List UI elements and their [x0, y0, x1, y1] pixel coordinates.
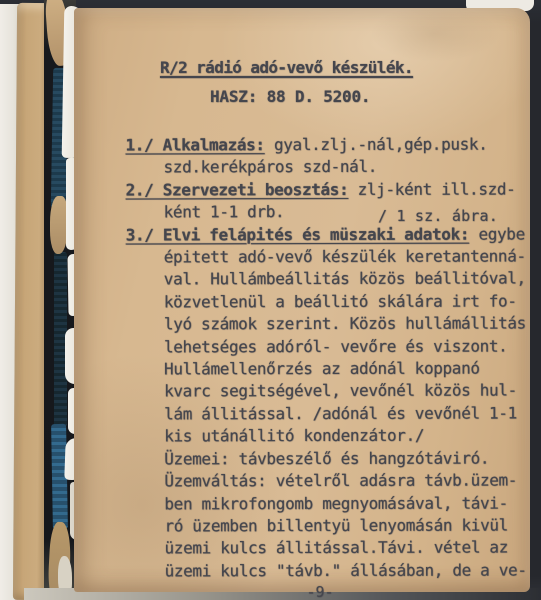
body-line: üzemi kulcs állitással.Távi. vétel az: [126, 537, 524, 560]
text-segment: ró üzemben billentyü lenyomásán kivül: [164, 515, 508, 535]
text-segment: zlj-ként ill.szd-: [348, 179, 515, 198]
body-line: val. Hullámbeállitás közös beállitóval,: [126, 268, 524, 291]
book-photo: R/2 rádió adó-vevő készülék. HASZ: 88 D.…: [0, 0, 541, 600]
body-line: 1./ Alkalmazás: gyal.zlj.-nál,gép.pusk.: [125, 133, 523, 156]
body-line: ró üzemben billentyü lenyomásán kivül: [126, 514, 524, 537]
body-line: ként 1-1 drb.: [126, 201, 524, 224]
text-segment: lám állitással. /adónál és vevőnél 1-1: [164, 403, 517, 423]
text-segment: Hullámellenőrzés az adónál koppanó: [164, 359, 480, 379]
page-subtitle: HASZ: 88 D. 5200.: [210, 87, 370, 106]
body-line: 3./ Elvi felápités és müszaki adatok: eg…: [126, 223, 524, 246]
body-line: épitett adó-vevő készülék keretantenná-: [126, 246, 524, 269]
body-line: közvetlenül a beállitó skálára irt fo-: [126, 290, 524, 313]
text-segment: kis utánállitó kondenzátor./: [164, 426, 424, 446]
body-line: Üzemei: távbeszélő és hangzótáviró.: [126, 447, 524, 470]
page-title: R/2 rádió adó-vevő készülék.: [160, 58, 413, 77]
text-segment: egybe: [469, 224, 525, 243]
text-segment: közvetlenül a beállitó skálára irt fo-: [164, 291, 517, 311]
body-line: ben mikrofongomb megnyomásával, távi-: [126, 492, 524, 515]
underlined-text-segment: 3./ Elvi felápités és müszaki adatok:: [126, 224, 470, 244]
body-line: lám állitással. /adónál és vevőnél 1-1: [126, 402, 524, 425]
body-line: üzemi kulcs "távb." állásában, de a ve-: [127, 559, 525, 582]
text-segment: üzemi kulcs "távb." állásában, de a ve-: [165, 560, 527, 580]
text-segment: ként 1-1 drb.: [164, 202, 285, 221]
text-segment: ben mikrofongomb megnyomásával, távi-: [164, 493, 508, 513]
text-segment: épitett adó-vevő készülék keretantenná-: [164, 247, 526, 267]
body-text: 1./ Alkalmazás: gyal.zlj.-nál,gép.pusk.s…: [125, 133, 524, 582]
body-line: lehetséges adóról- vevőre és viszont.: [126, 335, 524, 358]
text-segment: Üzemváltás: vételről adásra távb.üzem-: [164, 471, 517, 491]
text-segment: lehetséges adóról- vevőre és viszont.: [164, 336, 508, 356]
underlined-text-segment: 1./ Alkalmazás:: [125, 135, 264, 154]
underlined-text-segment: 2./ Szervezeti beosztás:: [126, 180, 349, 200]
document-page: R/2 rádió adó-vevő készülék. HASZ: 88 D.…: [74, 8, 530, 592]
text-segment: Üzemei: távbeszélő és hangzótáviró.: [164, 448, 489, 468]
body-line: Hullámellenőrzés az adónál koppanó: [126, 358, 524, 381]
body-line: Üzemváltás: vételről adásra távb.üzem-: [126, 470, 524, 493]
text-segment: val. Hullámbeállitás közös beállitóval,: [164, 269, 526, 289]
body-line: lyó számok szerint. Közös hullámállitás: [126, 313, 524, 336]
text-segment: üzemi kulcs állitással.Távi. vétel az: [164, 538, 508, 558]
text-segment: kvarc segitségével, vevőnél közös hul-: [164, 381, 517, 401]
body-line: 2./ Szervezeti beosztás: zlj-ként ill.sz…: [126, 178, 524, 201]
paper-smudge: [370, 10, 500, 62]
body-line: kvarc segitségével, vevőnél közös hul-: [126, 380, 524, 403]
body-line: szd.kerékpáros szd-nál.: [125, 156, 523, 179]
text-segment: gyal.zlj.-nál,gép.pusk.: [265, 135, 488, 155]
page-number: -9-: [126, 583, 514, 600]
text-segment: szd.kerékpáros szd-nál.: [163, 157, 377, 177]
body-line: kis utánállitó kondenzátor./: [126, 425, 524, 448]
text-segment: lyó számok szerint. Közös hullámállitás: [164, 314, 526, 334]
